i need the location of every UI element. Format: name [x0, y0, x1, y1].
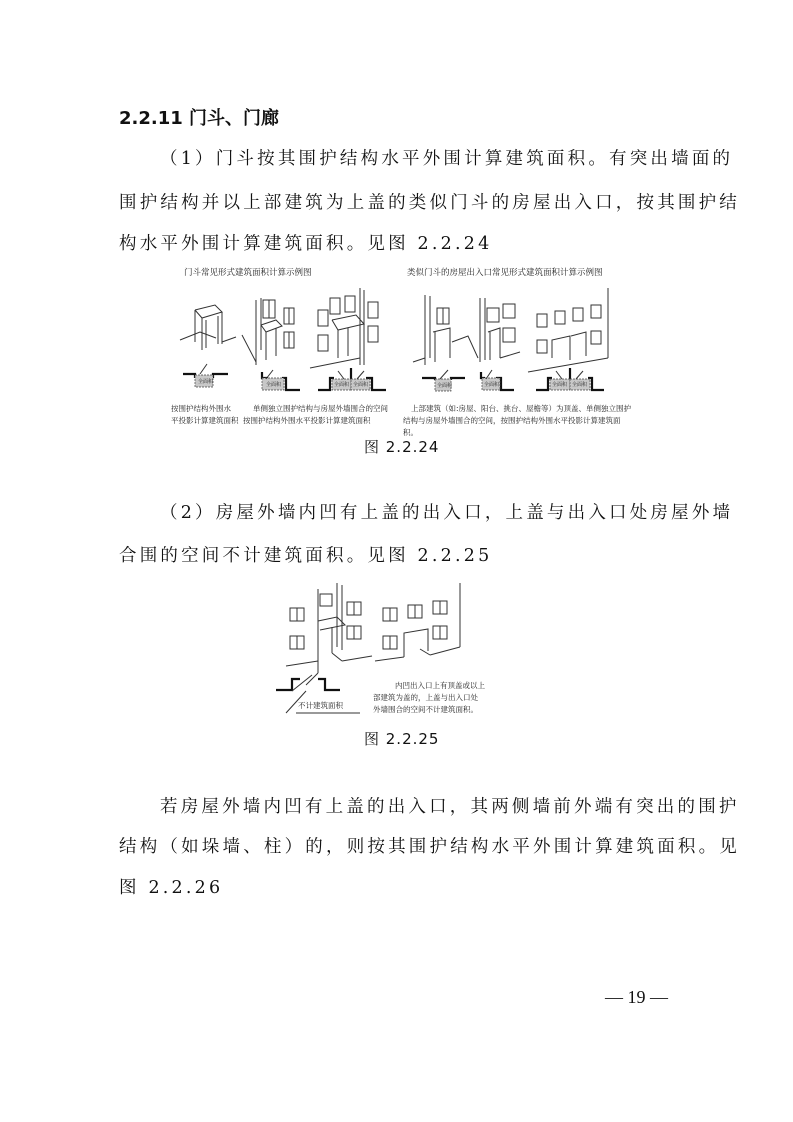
area-label: 全面积 [198, 378, 214, 385]
note-line-1: 内凹出入口上有顶盖或以上 [373, 680, 543, 692]
building-sketch-b [375, 583, 460, 661]
note-a-line-2: 平投影计算建筑面积 [171, 415, 241, 427]
vestibule-sketch-1 [180, 305, 236, 350]
note-line-3: 外墙围合的空间不计建筑面积。 [373, 704, 543, 716]
plan-sketch-2: 全面积 [262, 370, 300, 390]
excluded-area-label: 不计建筑面积 [298, 700, 343, 712]
figure-right-title: 类似门斗的房屋出入口常见形式建筑面积计算示例图 [407, 266, 603, 278]
paragraph-1-line-3: 构水平外围计算建筑面积。见图 2.2.24 [119, 233, 679, 255]
paragraph-1-line-1: （1）门斗按其围护结构水平外围计算建筑面积。有突出墙面的 [160, 148, 720, 170]
plan-sketch-5: 全面积 [481, 370, 514, 390]
note-a-line-1: 按围护结构外围水 [171, 403, 241, 415]
building-sketch-4 [413, 295, 478, 365]
area-label: 全面积 [334, 381, 350, 388]
paragraph-2-line-1: （2）房屋外墙内凹有上盖的出入口，上盖与出入口处房屋外墙 [160, 502, 720, 524]
area-label: 全面积 [572, 381, 588, 388]
paragraph-3-line-1: 若房屋外墙内凹有上盖的出入口，其两侧墙前外端有突出的围护 [160, 796, 720, 818]
area-label: 全面积 [266, 381, 282, 388]
building-sketch-2 [242, 298, 294, 365]
plan-sketch-1: 全面积 [183, 364, 228, 387]
door-vestibule-drawings: 全面积 全面积 [0, 280, 793, 460]
paragraph-3-line-2: 结构（如垛墙、柱）的，则按其围护结构水平外围计算建筑面积。见 [119, 836, 679, 858]
paragraph-2-line-2: 合围的空间不计建筑面积。见图 2.2.25 [119, 545, 679, 567]
paragraph-3-line-3: 图 2.2.26 [119, 877, 679, 899]
section-heading: 2.2.11 门斗、门廊 [119, 104, 279, 130]
building-sketch-5 [480, 298, 520, 362]
building-sketch-a [286, 583, 372, 673]
figure-caption-2-2-25: 图 2.2.25 [364, 728, 439, 749]
area-label: 全面积 [552, 381, 568, 388]
figure-left-title: 门斗常见形式建筑面积计算示例图 [184, 266, 312, 278]
plan-sketch-4: 全面积 [422, 370, 465, 391]
building-sketch-6 [528, 288, 608, 372]
figure-note-b: 单侧独立围护结构与房屋外墙围合的空间 按围护结构外围水平投影计算建筑面积 [243, 403, 393, 427]
page-number: — 19 — [605, 987, 668, 1008]
area-label: 全面积 [484, 381, 500, 388]
note-b-line-2: 按围护结构外围水平投影计算建筑面积 [243, 415, 393, 427]
area-label: 全面积 [353, 381, 369, 388]
figure-note-c: 上部建筑（如:房屋、阳台、挑台、屋檐等）为顶盖、单侧独立围护 结构与房屋外墙围合… [403, 403, 633, 439]
plan-sketch-3: 全面积 全面积 [318, 368, 386, 390]
note-b-line-1: 单侧独立围护结构与房屋外墙围合的空间 [243, 403, 393, 415]
plan-sketch-6: 全面积 全面积 [536, 368, 604, 390]
paragraph-1-line-2: 围护结构并以上部建筑为上盖的类似门斗的房屋出入口，按其围护结 [119, 192, 679, 214]
building-sketch-3 [310, 288, 378, 368]
figure-note-a: 按围护结构外围水 平投影计算建筑面积 [171, 403, 241, 427]
note-c-line-1: 上部建筑（如:房屋、阳台、挑台、屋檐等）为顶盖、单侧独立围护 [403, 403, 633, 415]
figure-caption-2-2-24: 图 2.2.24 [364, 436, 439, 457]
figure-note-2-2-25: 内凹出入口上有顶盖或以上 部建筑为盖的，上盖与出入口处 外墙围合的空间不计建筑面… [373, 680, 543, 716]
area-label: 全面积 [437, 382, 453, 389]
note-line-2: 部建筑为盖的，上盖与出入口处 [373, 692, 543, 704]
